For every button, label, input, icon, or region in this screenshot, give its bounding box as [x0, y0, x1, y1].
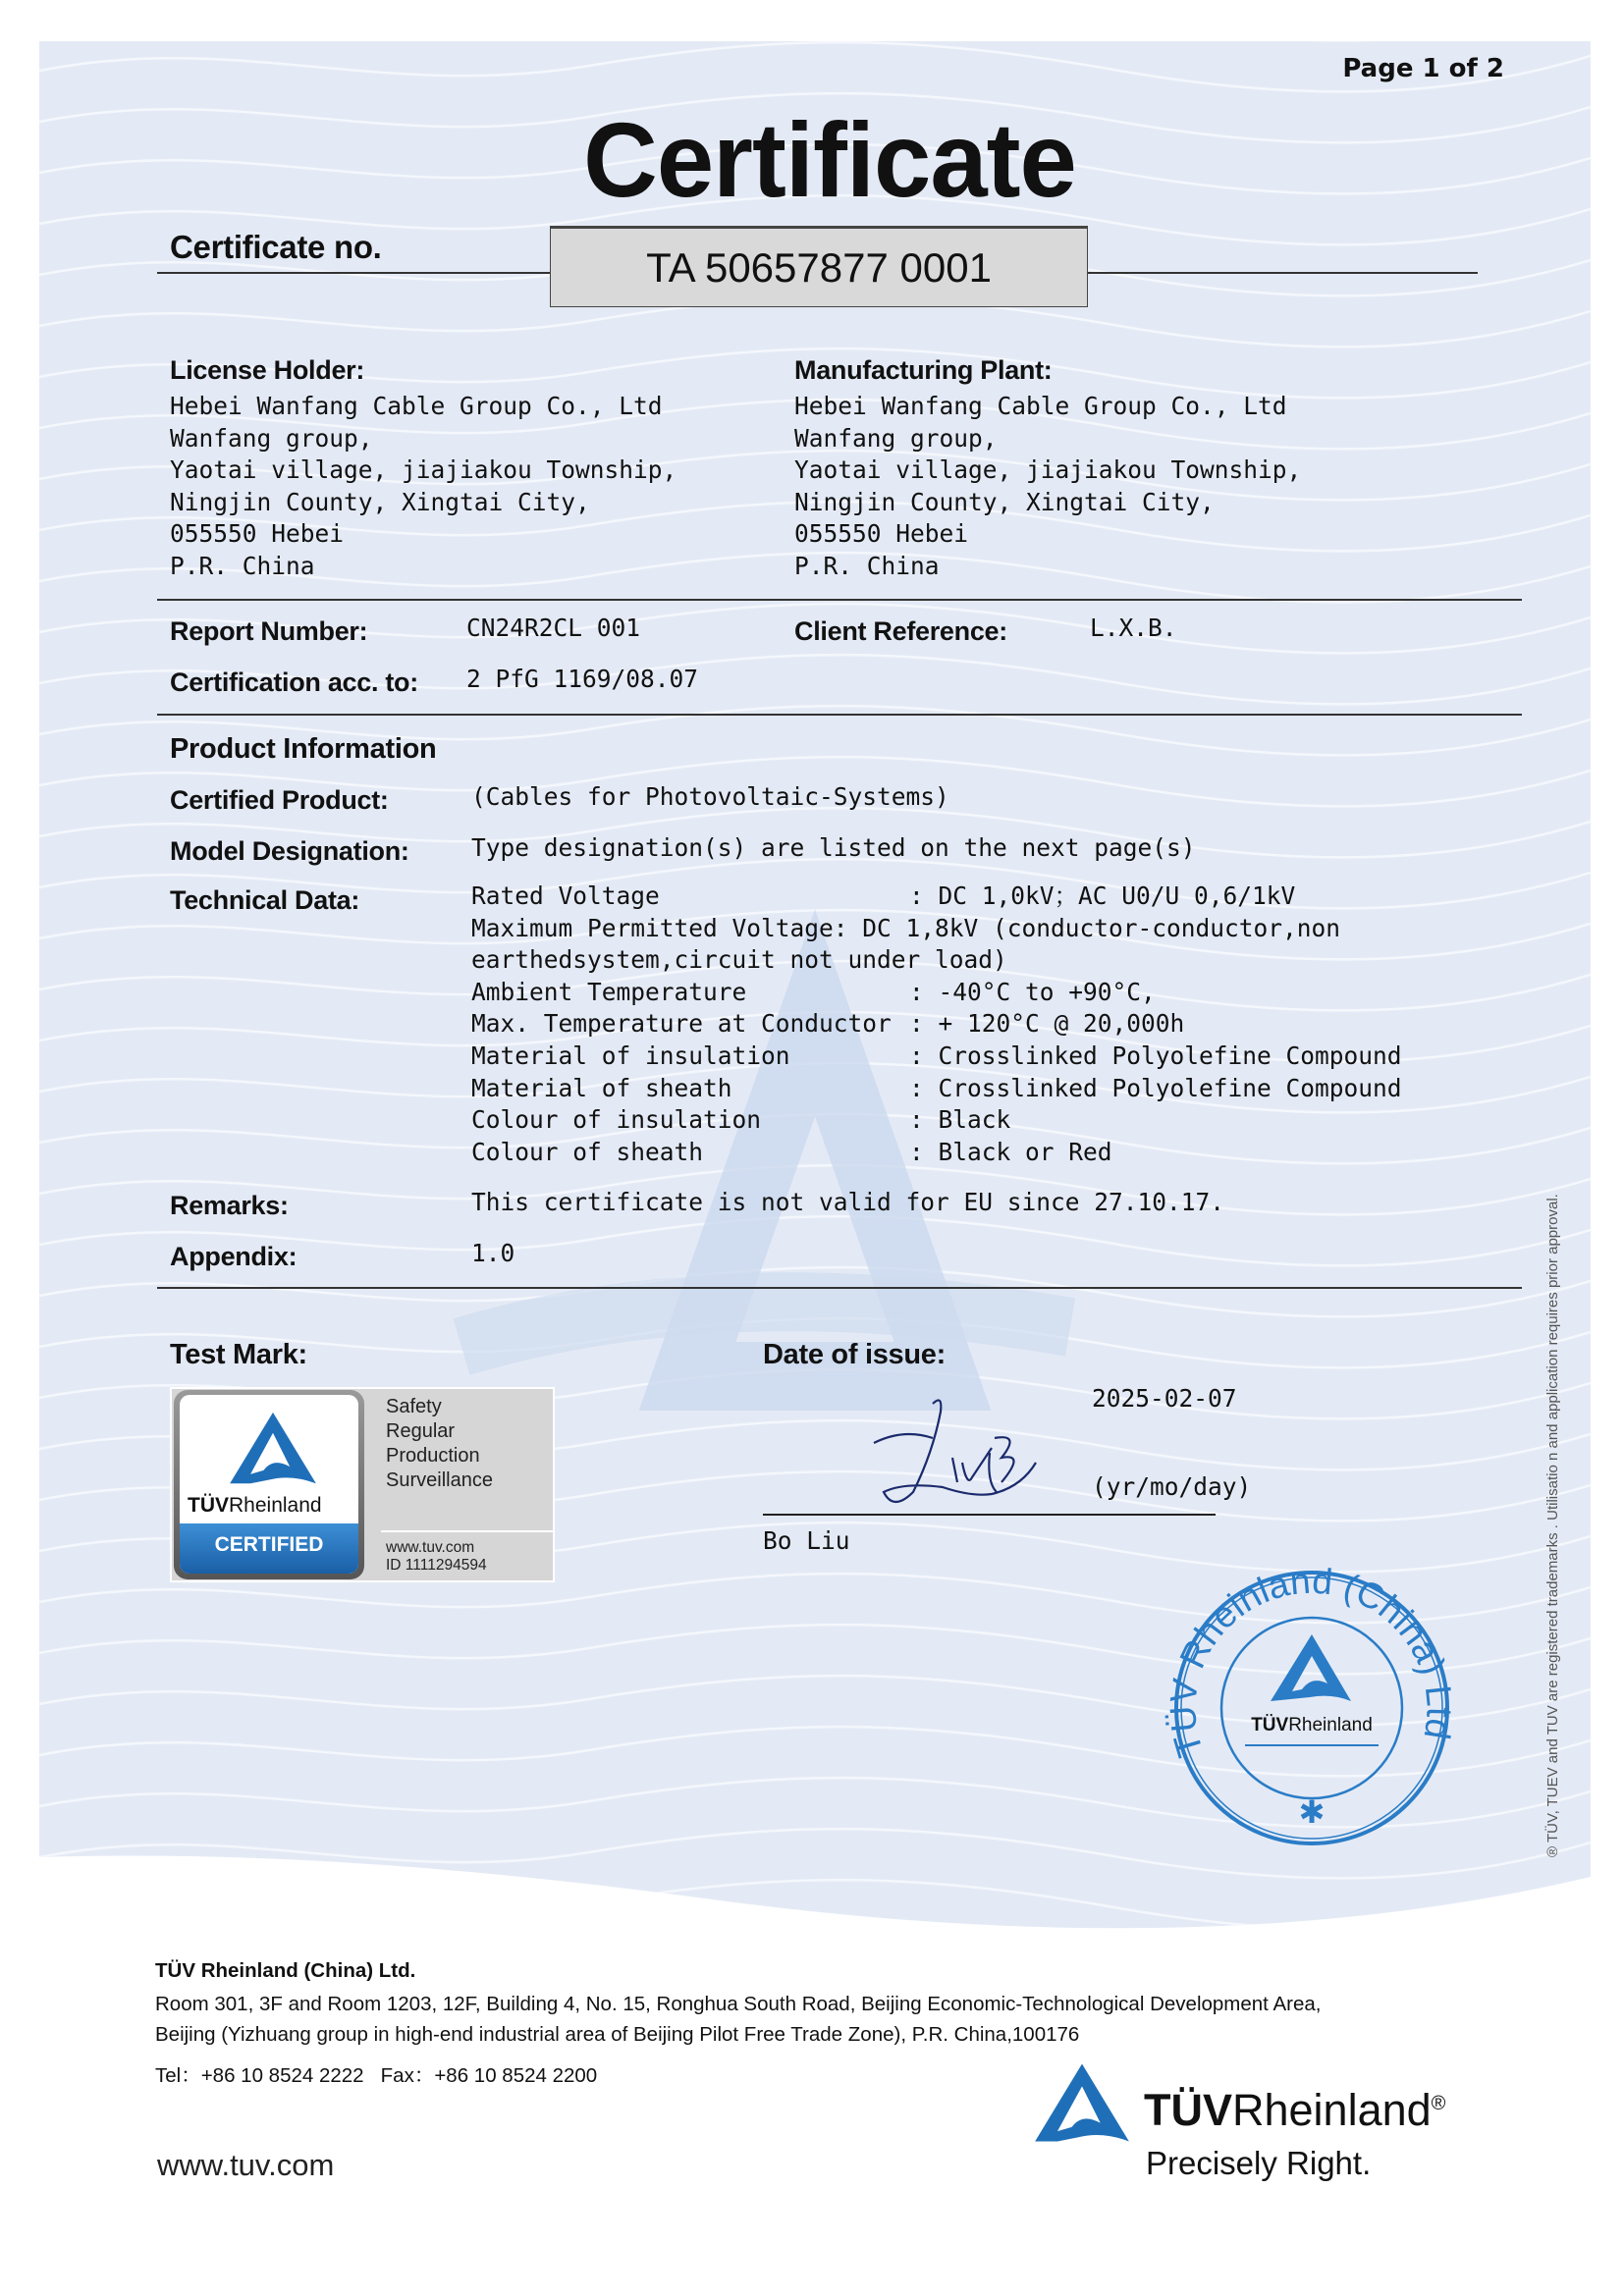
certified-product-label: Certified Product: [170, 785, 389, 816]
issue-date: 2025-02-07 [1092, 1384, 1251, 1414]
page-title: Certificate [25, 98, 1624, 221]
text-line: Regular [386, 1419, 493, 1444]
test-mark-badge: TÜVRheinland CERTIFIED SafetyRegularProd… [170, 1387, 555, 1582]
test-mark-url: www.tuv.com [386, 1539, 487, 1557]
text-line: P.R. China [170, 551, 677, 583]
test-mark-scope: SafetyRegularProductionSurveillance [386, 1395, 493, 1493]
report-number: CN24R2CL 001 [466, 614, 640, 642]
footer-contact: Tel：+86 10 8524 2222 Fax：+86 10 8524 220… [155, 2058, 597, 2088]
test-mark-id: ID 1111294594 [386, 1557, 487, 1575]
star-icon: ✱ [1299, 1794, 1326, 1830]
license-holder: License Holder: Hebei Wanfang Cable Grou… [170, 355, 677, 583]
license-holder-address: Hebei Wanfang Cable Group Co., LtdWanfan… [170, 391, 677, 583]
tuv-triangle-icon [1271, 1634, 1351, 1701]
text-line: Production [386, 1444, 493, 1468]
text-line: Ningjin County, Xingtai City, [794, 487, 1301, 519]
text-line: Hebei Wanfang Cable Group Co., Ltd [794, 391, 1301, 423]
text-line: Beijing (Yizhuang group in high-end indu… [155, 2019, 1321, 2050]
technical-data-row: Material of sheath: Crosslinked Polyolef… [471, 1073, 1402, 1105]
technical-data-row: Ambient Temperature: -40°C to +90°C, [471, 977, 1402, 1009]
model-designation-label: Model Designation: [170, 836, 409, 867]
text-line: Yaotai village, jiajiakou Township, [794, 454, 1301, 487]
certification-standard: 2 PfG 1169/08.07 [466, 665, 698, 693]
tuv-logo-wordmark: TÜVRheinland® [1144, 2085, 1445, 2136]
model-designation: Type designation(s) are listed on the ne… [471, 833, 1196, 862]
divider [157, 599, 1522, 601]
text-line: Ningjin County, Xingtai City, [170, 487, 677, 519]
signature-line [763, 1514, 1216, 1516]
footer-website[interactable]: www.tuv.com [157, 2148, 334, 2183]
text-line: Hebei Wanfang Cable Group Co., Ltd [170, 391, 677, 423]
technical-data-row: Colour of insulation: Black [471, 1104, 1402, 1137]
date-format: (yr/mo/day) [1092, 1472, 1251, 1502]
appendix: 1.0 [471, 1239, 514, 1267]
technical-data-row: Material of insulation: Crosslinked Poly… [471, 1041, 1402, 1073]
text-line: Yaotai village, jiajiakou Township, [170, 454, 677, 487]
manufacturing-plant-address: Hebei Wanfang Cable Group Co., LtdWanfan… [794, 391, 1301, 583]
technical-data-row: Maximum Permitted Voltage: DC 1,8kV (con… [471, 913, 1402, 945]
manufacturing-plant: Manufacturing Plant: Hebei Wanfang Cable… [794, 355, 1301, 583]
text-line: Wanfang group, [170, 423, 677, 455]
text-line: Room 301, 3F and Room 1203, 12F, Buildin… [155, 1989, 1321, 2019]
text-line: Wanfang group, [794, 423, 1301, 455]
divider [1088, 272, 1478, 274]
license-holder-label: License Holder: [170, 355, 677, 391]
tuv-logo-icon [1031, 2059, 1133, 2148]
certificate-number-box: TA 50657877 0001 [550, 226, 1088, 307]
tuv-brand: TÜVRheinland [188, 1494, 354, 1518]
signature [864, 1394, 1060, 1512]
text-line: Surveillance [386, 1468, 493, 1493]
certificate-number-label: Certificate no. [170, 229, 382, 266]
trademark-note: ® TÜV, TUEV and TUV are registered trade… [1544, 1194, 1561, 1857]
technical-data: Rated Voltage: DC 1,0kV；AC U0/U 0,6/1kVM… [471, 881, 1402, 1168]
client-reference-label: Client Reference: [794, 616, 1007, 647]
date-of-issue: 2025-02-07 (yr/mo/day) [1092, 1325, 1251, 1531]
technical-data-row: Rated Voltage: DC 1,0kV；AC U0/U 0,6/1kV [471, 881, 1402, 913]
divider [157, 272, 550, 274]
divider [157, 714, 1522, 716]
product-information-heading: Product Information [170, 733, 436, 766]
technical-data-label: Technical Data: [170, 885, 359, 916]
technical-data-row: earthedsystem,circuit not under load) [471, 944, 1402, 977]
client-reference: L.X.B. [1090, 614, 1177, 642]
certification-label: Certification acc. to: [170, 667, 418, 698]
text-line: Safety [386, 1395, 493, 1419]
certified-label: CERTIFIED [180, 1523, 358, 1574]
footer-company: TÜV Rheinland (China) Ltd. [155, 1959, 415, 1983]
certified-product: (Cables for Photovoltaic-Systems) [471, 782, 949, 811]
test-mark-label: Test Mark: [170, 1339, 307, 1371]
technical-data-row: Colour of sheath: Black or Red [471, 1137, 1402, 1169]
remarks-label: Remarks: [170, 1191, 289, 1221]
remarks: This certificate is not valid for EU sin… [471, 1188, 1224, 1216]
text-line: 055550 Hebei [794, 518, 1301, 551]
text-line: P.R. China [794, 551, 1301, 583]
divider [157, 1287, 1522, 1289]
manufacturing-plant-label: Manufacturing Plant: [794, 355, 1301, 391]
text-line: 055550 Hebei [170, 518, 677, 551]
company-stamp: TÜV Rheinland (China) Ltd. TÜVRheinland … [1164, 1566, 1459, 1850]
footer-address: Room 301, 3F and Room 1203, 12F, Buildin… [155, 1989, 1321, 2050]
tuv-triangle-icon [226, 1409, 320, 1489]
report-number-label: Report Number: [170, 616, 367, 647]
date-of-issue-label: Date of issue: [763, 1339, 946, 1371]
certificate-number: TA 50657877 0001 [646, 244, 992, 292]
signatory-name: Bo Liu [763, 1526, 850, 1555]
appendix-label: Appendix: [170, 1242, 297, 1272]
tuv-slogan: Precisely Right. [1146, 2145, 1371, 2182]
page-indicator: Page 1 of 2 [1342, 54, 1504, 83]
technical-data-row: Max. Temperature at Conductor: + 120°C @… [471, 1008, 1402, 1041]
svg-text:TÜVRheinland: TÜVRheinland [1251, 1715, 1373, 1735]
